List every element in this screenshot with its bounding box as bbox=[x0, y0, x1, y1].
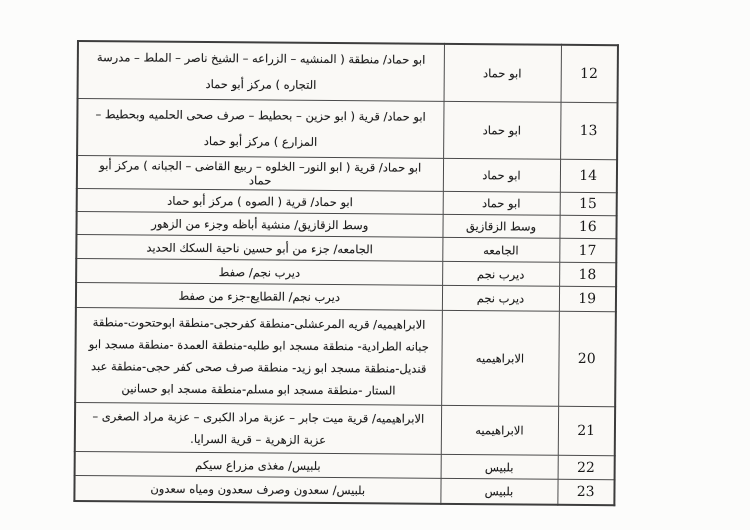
description-cell: ديرب نجم/ القطايع-جزء من صفط bbox=[76, 283, 442, 311]
row-number-cell: 19 bbox=[559, 286, 616, 311]
district-cell: الابراهيميه bbox=[441, 405, 558, 455]
description-cell: الابراهيميه/ قريه المرعشلى-منطقة كفرحجى-… bbox=[75, 307, 442, 405]
description-cell: بلبيس/ مغذى مزراع سيكم bbox=[75, 451, 441, 478]
district-cell: بلبيس bbox=[441, 454, 558, 479]
district-cell: ابو حماد bbox=[443, 101, 560, 159]
district-cell: وسط الزقازيق bbox=[442, 214, 559, 238]
row-number-cell: 21 bbox=[558, 406, 615, 455]
description-cell: ديرب نجم/ صفط bbox=[76, 259, 442, 286]
description-cell: ابو حماد/ منطقة ( المنشيه – الزراعه – ال… bbox=[78, 41, 444, 101]
description-cell: الابراهيميه/ قرية ميت جابر – عزبة مراد ا… bbox=[75, 402, 441, 454]
district-cell: بلبيس bbox=[440, 478, 557, 504]
districts-table: 12 ابو حماد ابو حماد/ منطقة ( المنشيه – … bbox=[73, 40, 619, 506]
district-cell: الابراهيميه bbox=[441, 310, 559, 406]
row-number-cell: 18 bbox=[559, 262, 616, 286]
table-row-21: 21 الابراهيميه الابراهيميه/ قرية ميت جاب… bbox=[75, 402, 615, 455]
row-number-cell: 13 bbox=[560, 102, 617, 159]
row-number-cell: 17 bbox=[559, 238, 616, 262]
description-cell: وسط الزقازيق/ منشية أباظه وجزء من الزهور bbox=[76, 212, 442, 238]
table-row-13: 13 ابو حماد ابو حماد/ قرية ( ابو حزين – … bbox=[77, 99, 617, 160]
row-number-cell: 12 bbox=[561, 45, 618, 103]
district-cell: ديرب نجم bbox=[442, 261, 559, 286]
row-number-cell: 22 bbox=[558, 455, 615, 479]
table-row-20: 20 الابراهيميه الابراهيميه/ قريه المرعشل… bbox=[75, 307, 616, 406]
table-row-23: 23 بلبيس بلبيس/ سعدون وصرف سعدون ومياه س… bbox=[74, 475, 614, 504]
row-number-cell: 23 bbox=[557, 479, 614, 504]
row-number-cell: 16 bbox=[559, 215, 616, 238]
district-cell: الجامعه bbox=[442, 237, 559, 262]
row-number-cell: 15 bbox=[560, 192, 617, 215]
description-cell: الجامعه/ جزء من أبو حسين ناحية السكك الح… bbox=[76, 235, 442, 262]
district-cell: ابو حماد bbox=[443, 191, 560, 215]
district-cell: ابو حماد bbox=[443, 158, 560, 192]
district-cell: ابو حماد bbox=[444, 44, 561, 102]
description-cell: ابو حماد/ قرية ( ابو حزين – بحطيط – صرف … bbox=[77, 99, 443, 159]
table-row-14: 14 ابو حماد ابو حماد/ قرية ( ابو النور– … bbox=[77, 156, 617, 193]
description-cell: ابو حماد/ قرية ( الصوه ) مركز أبو حماد bbox=[77, 189, 443, 215]
district-cell: ديرب نجم bbox=[442, 285, 559, 311]
description-cell: ابو حماد/ قرية ( ابو النور– الخلوه – ربي… bbox=[77, 156, 443, 192]
description-cell: بلبيس/ سعدون وصرف سعدون ومياه سعدون bbox=[74, 475, 440, 503]
row-number-cell: 20 bbox=[558, 311, 616, 406]
scanned-document-page: 12 ابو حماد ابو حماد/ منطقة ( المنشيه – … bbox=[0, 0, 750, 530]
table-row-12: 12 ابو حماد ابو حماد/ منطقة ( المنشيه – … bbox=[78, 41, 618, 103]
row-number-cell: 14 bbox=[560, 159, 617, 192]
